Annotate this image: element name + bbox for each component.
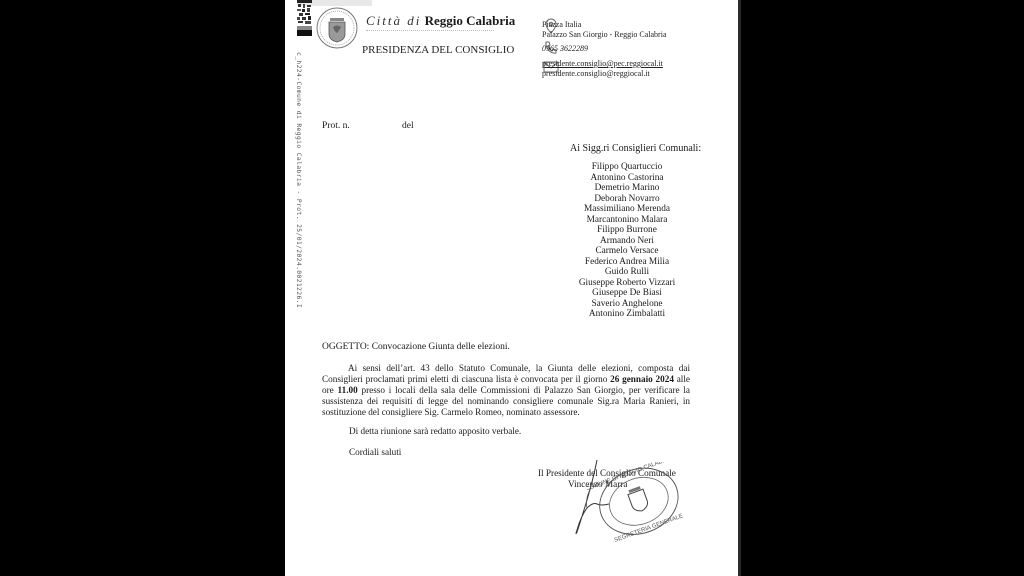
barcode-icon [297,0,312,38]
page-edge [738,0,741,576]
office-heading: PRESIDENZA DEL CONSIGLIO [362,44,514,56]
body-paragraph: Ai sensi dell’art. 43 dello Statuto Comu… [322,363,690,418]
body-text-3: presso i locali della sala delle Commiss… [322,385,690,417]
recipient-name: Guido Rulli [565,267,689,278]
recipient-name: Filippo Quartuccio [565,162,689,173]
svg-text:COMUNE DI REGGIO CALABRIA: COMUNE DI REGGIO CALABRIA [587,462,673,493]
recipient-name: Giuseppe De Biasi [565,288,689,299]
protocol-number-label: Prot. n. [322,121,350,131]
recipient-name: Federico Andrea Milia [565,257,689,268]
email-pec-link[interactable]: presidente.consiglio@pec.reggiocal.it [542,59,663,69]
recipient-list: Filippo QuartuccioAntonino CastorinaDeme… [565,162,689,320]
closing-line: Di detta riunione sarà redatto apposito … [349,426,521,436]
recipient-name: Armando Neri [565,236,689,247]
addressees-title: Ai Sigg.ri Consiglieri Comunali: [570,143,701,154]
subject-line: OGGETTO: Convocazione Giunta delle elezi… [322,342,510,352]
protocol-stamp: c_h224-Comune di Reggio Calabria - Prot.… [289,52,303,292]
header-divider [366,30,494,31]
recipient-name: Massimiliano Merenda [565,204,689,215]
greeting: Cordiali saluti [349,447,401,457]
phone-number: 0965 3622289 [542,44,588,54]
recipient-name: Antonino Castorina [565,173,689,184]
address-line-2: Palazzo San Giorgio - Reggio Calabria [542,30,667,40]
meeting-time: 11.00 [338,385,358,395]
recipient-name: Marcantonino Malara [565,215,689,226]
official-stamp-icon: COMUNE DI REGGIO CALABRIA SEGRETERIA GEN… [587,462,687,542]
document-page: c_h224-Comune di Reggio Calabria - Prot.… [285,0,738,576]
meeting-date: 26 gennaio 2024 [610,374,674,384]
address: Piazza Italia Palazzo San Giorgio - Regg… [542,20,667,40]
coat-of-arms-icon [316,7,358,49]
recipient-name: Giuseppe Roberto Vizzari [565,278,689,289]
recipient-name: Antonino Zimbalatti [565,309,689,320]
svg-text:SEGRETERIA GENERALE: SEGRETERIA GENERALE [614,513,684,542]
protocol-date-label: del [402,121,414,131]
address-line-1: Piazza Italia [542,20,667,30]
recipient-name: Demetrio Marino [565,183,689,194]
city-name: Reggio Calabria [425,13,516,28]
recipient-name: Deborah Novarro [565,194,689,205]
recipient-name: Saverio Anghelone [565,299,689,310]
emails: presidente.consiglio@pec.reggiocal.it pr… [542,59,663,79]
recipient-name: Filippo Burrone [565,225,689,236]
city-heading: Città di Reggio Calabria [366,13,515,29]
recipient-name: Carmelo Versace [565,246,689,257]
email-link[interactable]: presidente.consiglio@reggiocal.it [542,69,663,79]
city-prefix: Città di [366,13,421,28]
